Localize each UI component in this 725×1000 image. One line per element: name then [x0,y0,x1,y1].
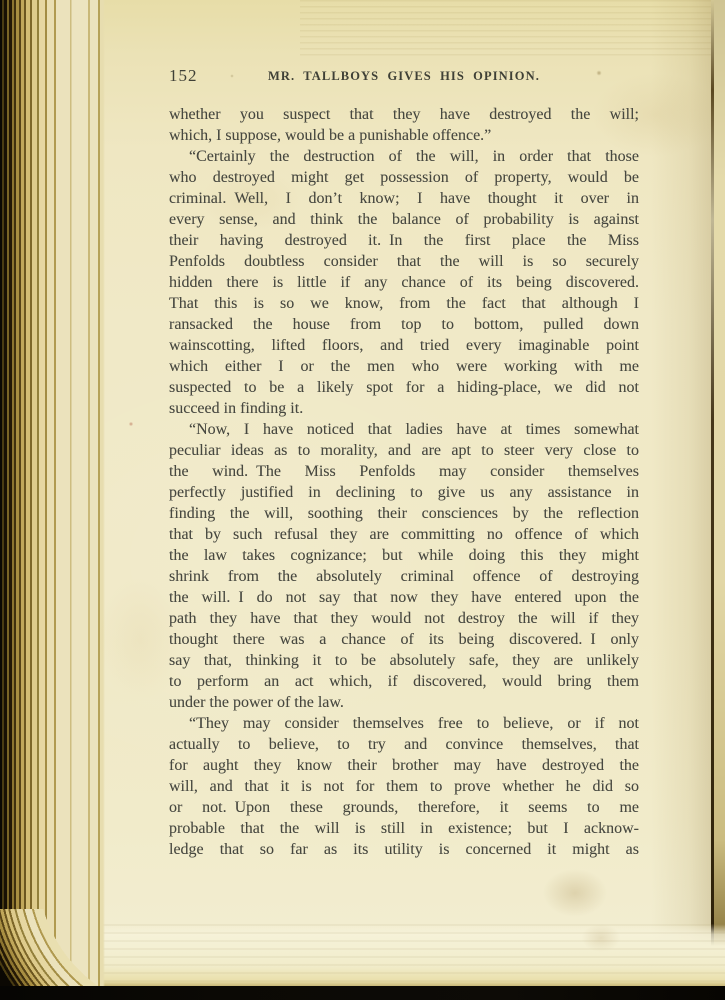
text-line: That this is so we know, from the fact t… [169,293,639,314]
text-line: which either I or the men who were worki… [169,356,639,377]
text-line: under the power of the law. [169,692,639,713]
text-line: shrink from the absolutely criminal offe… [169,566,639,587]
right-page-shade [651,0,711,1000]
text-line: wainscotting, lifted floors, and tried e… [169,335,639,356]
text-line: ransacked the house from top to bottom, … [169,314,639,335]
text-line: which, I suppose, would be a punishable … [169,125,639,146]
text-line: perfectly justified in declining to give… [169,482,639,503]
left-page-edges [0,0,105,1000]
running-title: MR. TALLBOYS GIVES HIS OPINION. [169,69,639,84]
text-line: Penfolds doubtless consider that the wil… [169,251,639,272]
right-underpage-edge [714,0,725,1000]
text-line: to perform an act which, if discovered, … [169,671,639,692]
text-line: finding the will, soothing their conscie… [169,503,639,524]
running-header: 152 MR. TALLBOYS GIVES HIS OPINION. [169,66,639,88]
text-line: say that, thinking it to be absolutely s… [169,650,639,671]
text-line: peculiar ideas as to morality, and are a… [169,440,639,461]
text-line: criminal. Well, I don’t know; I have tho… [169,188,639,209]
text-line: will, and that it is not for them to pro… [169,776,639,797]
text-line: or not. Upon these grounds, therefore, i… [169,797,639,818]
text-line: every sense, and think the balance of pr… [169,209,639,230]
text-line: thought there was a chance of its being … [169,629,639,650]
bottom-left-edge-fan [0,909,185,987]
text-line: hidden there is little if any chance of … [169,272,639,293]
text-line: “They may consider themselves free to be… [169,713,639,734]
top-page-ridges [300,0,711,58]
text-line: “Certainly the destruction of the will, … [169,146,639,167]
text-line: that by such refusal they are committing… [169,524,639,545]
body-text: whether you suspect that they have destr… [169,104,639,860]
text-line: suspected to be a likely spot for a hidi… [169,377,639,398]
text-line: their having destroyed it. In the first … [169,230,639,251]
book-scan: 152 MR. TALLBOYS GIVES HIS OPINION. whet… [0,0,725,1000]
bottom-shadow-band [0,986,725,1000]
text-line: path they have that they would not destr… [169,608,639,629]
text-line: who destroyed might get possession of pr… [169,167,639,188]
text-line: the will. I do not say that now they hav… [169,587,639,608]
text-line: succeed in finding it. [169,398,639,419]
text-line: the wind. The Miss Penfolds may consider… [169,461,639,482]
text-line: actually to believe, to try and convince… [169,734,639,755]
text-line: for aught they know their brother may ha… [169,755,639,776]
text-line: ledge that so far as its utility is conc… [169,839,639,860]
text-line: the law takes cognizance; but while doin… [169,545,639,566]
text-line: probable that the will is still in exist… [169,818,639,839]
text-line: “Now, I have noticed that ladies have at… [169,419,639,440]
text-line: whether you suspect that they have destr… [169,104,639,125]
